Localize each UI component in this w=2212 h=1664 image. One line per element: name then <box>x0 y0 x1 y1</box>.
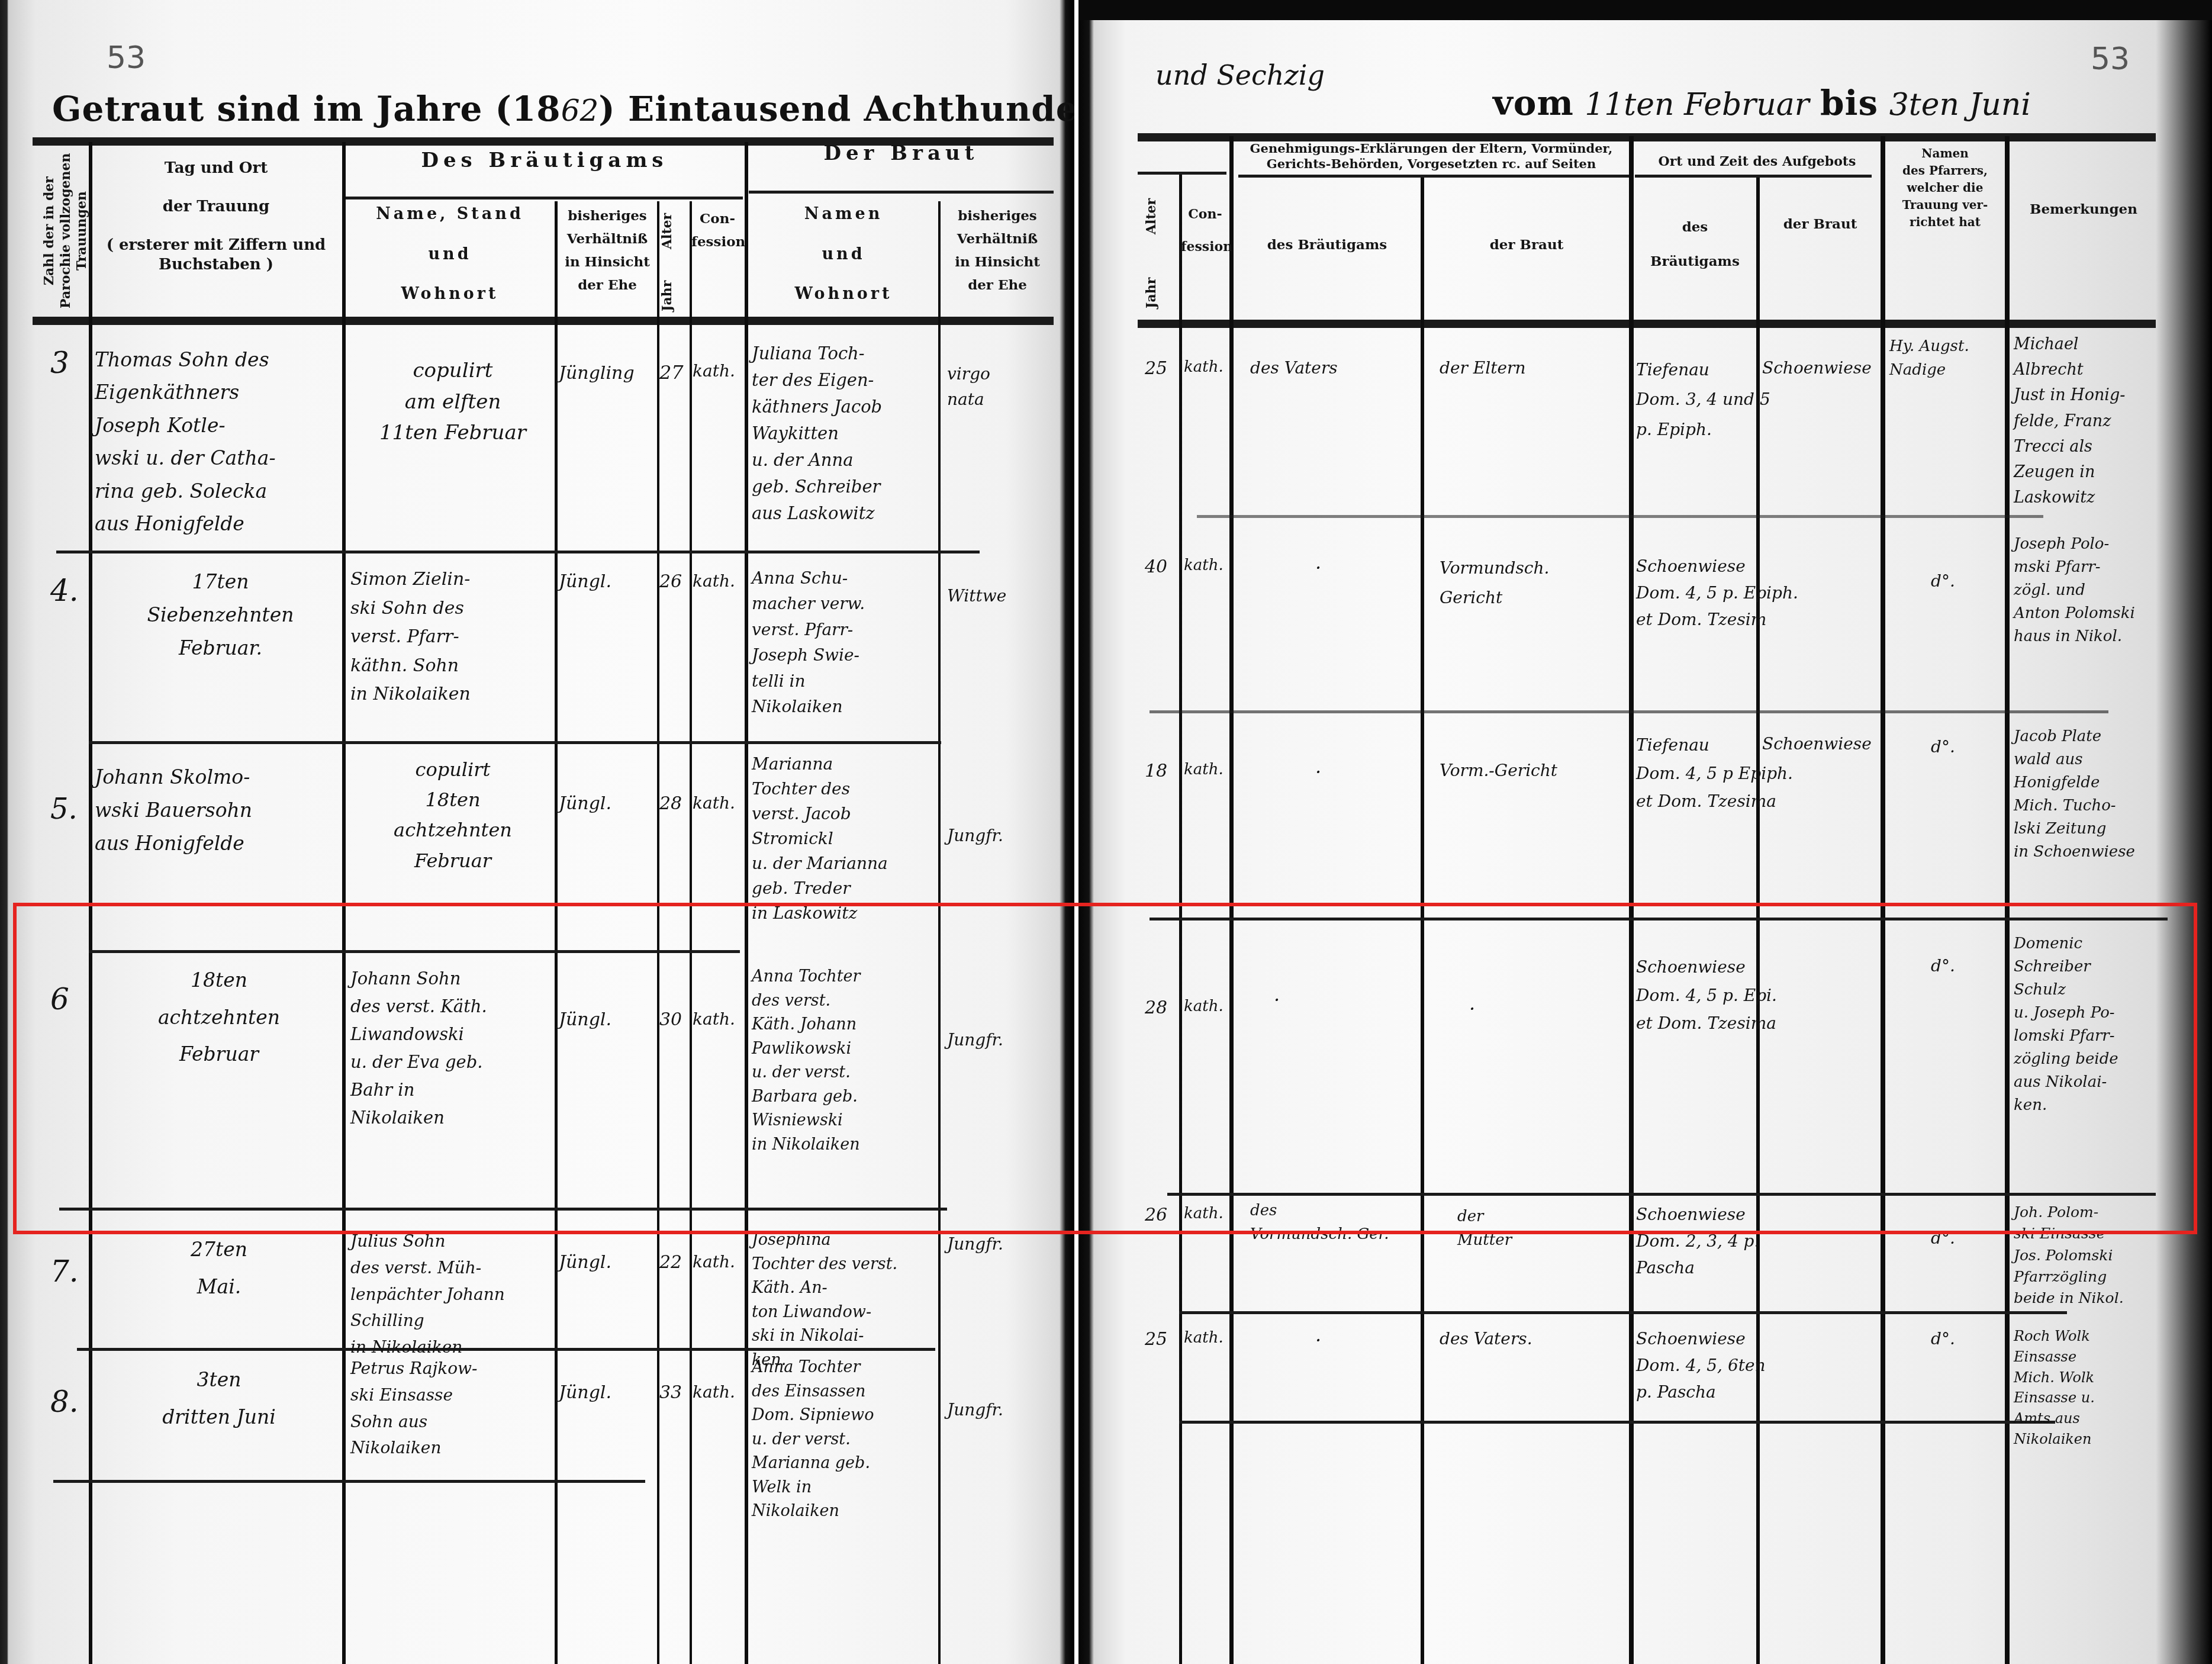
header-group-bride: Der Braut <box>749 141 1054 166</box>
bride-age: 25 <box>1145 355 1167 383</box>
banns-groom: Schoenwiese Dom. 2, 3, 4 p. Pascha <box>1636 1202 1873 1281</box>
date-place: 17ten Siebenzehnten Februar. <box>104 565 337 665</box>
bride-confession: kath. <box>1184 994 1223 1018</box>
bride-confession: kath. <box>1184 1202 1223 1225</box>
left-page-number: 53 <box>107 40 146 76</box>
groom-group-rule <box>343 197 743 199</box>
banns-groom: Schoenwiese Dom. 4, 5, 6ten p. Pascha <box>1636 1326 1873 1405</box>
bride-status: Jungfr. <box>947 1027 1054 1053</box>
groom-confession: kath. <box>693 1006 745 1032</box>
header-groom-confession: Con- fession <box>691 207 743 253</box>
title-from-label: vom <box>1493 83 1574 123</box>
header-small-rule <box>1138 172 1226 175</box>
groom-age: 33 <box>659 1379 689 1407</box>
row-separator <box>1179 1421 2055 1424</box>
row-separator <box>89 950 740 953</box>
bride-status: Wittwe <box>947 583 1054 609</box>
banns-groom: Schoenwiese Dom. 4, 5 p. Epiph. et Dom. … <box>1636 553 1873 633</box>
consent-group-rule <box>1238 175 1629 178</box>
left-register-page: 53 Getraut sind im Jahre (1862) Eintause… <box>0 0 1074 1664</box>
row-separator <box>59 1208 947 1211</box>
remarks: Roch Wolk Einsasse Mich. Wolk Einsasse u… <box>2014 1326 2162 1450</box>
row-separator <box>1150 710 2108 713</box>
bride-confession: kath. <box>1184 1326 1223 1350</box>
header-bottom-rule <box>1138 320 2156 328</box>
officiating-priest: d°. <box>1931 568 1978 594</box>
right-page-title: vom 11ten Februar bis 3ten Juni <box>1493 83 2031 123</box>
col-divider <box>1881 136 1885 1664</box>
title-to-label: bis <box>1820 83 1878 123</box>
header-officiating-priest: Namen des Pfarrers, welcher die Trauung … <box>1885 145 2005 231</box>
bride-name: Anna Tochter des Einsassen Dom. Sipniewo… <box>752 1356 938 1524</box>
bride-status: virgo nata <box>947 361 1054 413</box>
remarks: Jacob Plate wald aus Honigfelde Mich. Tu… <box>2014 725 2162 864</box>
banns-groom: Schoenwiese Dom. 4, 5 p. Epi. et Dom. Tz… <box>1636 953 1873 1038</box>
row-separator <box>1179 1311 2067 1314</box>
marriage-number: 8. <box>50 1379 79 1425</box>
remarks: Joseph Polo- mski Pfarr- zögl. und Anton… <box>2014 533 2162 648</box>
header-consent-group: Genehmigungs-Erklärungen der Eltern, Vor… <box>1234 141 1629 172</box>
col-divider <box>938 201 941 1664</box>
bride-name: Marianna Tochter des verst. Jacob Stromi… <box>752 752 938 926</box>
bride-age: 18 <box>1145 758 1167 786</box>
header-date-place: Tag und Ort der Trauung ( ersterer mit Z… <box>95 159 337 274</box>
col-divider <box>1421 178 1424 1664</box>
bride-confession: kath. <box>1184 355 1223 379</box>
marriage-number: 7. <box>50 1249 79 1295</box>
col-divider <box>745 142 748 1664</box>
right-register-page: 53 und Sechzig vom 11ten Februar bis 3te… <box>1078 0 2212 1664</box>
officiating-priest: d°. <box>1931 1225 1978 1251</box>
bride-name: Juliana Toch- ter des Eigen- käthners Ja… <box>752 340 938 527</box>
col-divider <box>657 201 659 1664</box>
date-place: Johann Skolmo- wski Bauersohn aus Honigf… <box>95 761 340 860</box>
header-bride-age-unit: Jahr <box>1144 272 1173 314</box>
col-divider <box>1629 136 1634 1664</box>
row-separator <box>56 551 980 553</box>
groom-name: Julius Sohn des verst. Müh- lenpächter J… <box>350 1228 552 1361</box>
bride-age: 40 <box>1145 553 1167 581</box>
groom-name: Simon Zielin- ski Sohn des verst. Pfarr-… <box>350 565 552 709</box>
header-banns-group: Ort und Zeit des Aufgebots <box>1634 154 1881 170</box>
remarks: Domenic Schreiber Schulz u. Joseph Po- l… <box>2014 932 2162 1117</box>
banns-group-rule <box>1635 175 1872 178</box>
remarks: Joh. Polom- ski Einsasse Jos. Polomski P… <box>2014 1202 2162 1309</box>
date-place: Thomas Sohn des Eigenkäthners Joseph Kot… <box>95 343 337 540</box>
groom-age: 28 <box>659 790 689 818</box>
bride-name: Anna Schu- macher verw. verst. Pfarr- Jo… <box>752 565 938 719</box>
col-divider <box>555 201 558 1664</box>
remarks: Michael Albrecht Just in Honig- felde, F… <box>2014 331 2162 510</box>
groom-name: Petrus Rajkow- ski Einsasse Sohn aus Nik… <box>350 1356 552 1462</box>
consent-groom: · <box>1274 986 1333 1015</box>
consent-bride: des Vaters. <box>1440 1326 1626 1351</box>
marriage-number: 6 <box>50 977 69 1023</box>
bride-status: Jungfr. <box>947 823 1054 848</box>
bride-name: Anna Tochter des verst. Käth. Johann Paw… <box>752 965 938 1157</box>
groom-status: Jüngl. <box>559 790 656 818</box>
header-groom-status: bisheriges Verhältniß in Hinsicht der Eh… <box>558 204 657 297</box>
consent-bride: der Eltern <box>1440 355 1626 381</box>
header-bride-status: bisheriges Verhältniß in Hinsicht der Eh… <box>941 204 1054 297</box>
date-place: 27ten Mai. <box>112 1231 326 1305</box>
officiating-priest: Hy. Augst. Nadige <box>1889 334 2005 382</box>
groom-age: 26 <box>659 568 689 596</box>
groom-age: 22 <box>659 1249 689 1277</box>
consent-bride: Vorm.-Gericht <box>1440 758 1626 783</box>
consent-bride: · <box>1469 994 1528 1024</box>
consent-groom: · <box>1315 758 1374 787</box>
officiating-priest: d°. <box>1931 734 1978 759</box>
marriage-number: 5. <box>50 787 78 831</box>
groom-age: 30 <box>659 1006 689 1034</box>
header-consent-bride: der Braut <box>1424 237 1629 254</box>
title-year-handwritten: 62 <box>561 94 599 128</box>
consent-bride: der Mutter <box>1457 1205 1605 1253</box>
title-to-date: 3ten Juni <box>1889 87 2031 123</box>
groom-name: Johann Sohn des verst. Käth. Liwandowski… <box>350 965 552 1132</box>
header-banns-bride: der Braut <box>1760 216 1881 233</box>
header-marriage-number: Zahl der in der Parochie vollzogenen Tra… <box>41 148 89 314</box>
bride-name: Josephina Tochter des verst. Käth. An- t… <box>752 1228 938 1372</box>
header-top-rule <box>1138 133 2156 141</box>
row-separator <box>1167 1193 2156 1196</box>
groom-name: copulirt 18ten achtzehnten Februar <box>355 755 550 876</box>
header-bride-name: Namen und Wohnort <box>749 204 938 304</box>
consent-groom: · <box>1315 553 1374 583</box>
date-place: 18ten achtzehnten Februar <box>101 962 337 1073</box>
col-divider <box>1229 136 1234 1664</box>
consent-groom: · <box>1315 1326 1374 1356</box>
header-groom-age: Alter <box>659 207 689 255</box>
consent-bride: Vormundsch. Gericht <box>1440 553 1626 613</box>
bride-group-rule <box>749 191 1054 194</box>
groom-status: Jüngl. <box>559 1379 656 1407</box>
banns-bride: Schoenwiese <box>1762 731 1881 757</box>
consent-groom: des Vaters <box>1250 355 1419 381</box>
officiating-priest: d°. <box>1931 1326 1978 1351</box>
consent-groom: des Vormundsch. Ger. <box>1250 1199 1419 1247</box>
col-divider <box>342 142 346 1664</box>
marriage-number: 3 <box>50 340 69 387</box>
col-divider <box>2005 136 2010 1664</box>
col-divider <box>89 142 92 1664</box>
bride-age: 25 <box>1145 1326 1167 1354</box>
header-banns-groom: des Bräutigams <box>1634 219 1756 270</box>
header-bottom-rule <box>33 317 1054 325</box>
marriage-number: 4. <box>50 568 79 614</box>
row-separator <box>89 741 941 744</box>
bride-confession: kath. <box>1184 758 1223 781</box>
row-separator <box>53 1480 645 1483</box>
banns-bride: Schoenwiese <box>1762 355 1881 381</box>
bride-status: Jungfr. <box>947 1397 1054 1422</box>
groom-age: 27 <box>659 358 689 388</box>
header-bride-confession: Con- fession <box>1181 198 1229 263</box>
groom-confession: kath. <box>693 790 745 816</box>
date-place: 3ten dritten Juni <box>107 1362 331 1436</box>
groom-confession: kath. <box>693 568 745 594</box>
header-groom-age-unit: Jahr <box>659 278 689 314</box>
header-groom-name: Name, Stand und Wohnort <box>346 204 553 304</box>
row-separator <box>1150 918 2168 920</box>
title-printed-part-1: Getraut sind im Jahre (18 <box>52 89 561 129</box>
header-consent-groom: des Bräutigams <box>1234 237 1421 254</box>
header-remarks: Bemerkungen <box>2010 201 2158 218</box>
groom-status: Jüngling <box>559 360 656 388</box>
bride-age: 28 <box>1145 994 1167 1022</box>
groom-status: Jüngl. <box>559 1249 656 1277</box>
row-separator <box>1197 515 2043 518</box>
groom-name: copulirt am elften 11ten Februar <box>355 355 550 449</box>
bride-status: Jungfr. <box>947 1231 1054 1257</box>
header-group-groom: Des Bräutigams <box>346 148 743 173</box>
header-bride-age: Alter <box>1144 184 1173 249</box>
groom-status: Jüngl. <box>559 1006 656 1034</box>
groom-confession: kath. <box>693 1379 745 1405</box>
title-from-date: 11ten Februar <box>1585 87 1809 123</box>
bride-confession: kath. <box>1184 553 1223 577</box>
officiating-priest: d°. <box>1931 953 1978 979</box>
title-handwritten-continuation: und Sechzig <box>1155 59 1325 91</box>
groom-status: Jüngl. <box>559 568 656 596</box>
groom-confession: kath. <box>693 1249 745 1274</box>
right-page-number: 53 <box>2091 41 2130 77</box>
left-page-title: Getraut sind im Jahre (1862) Eintausend … <box>52 89 1074 129</box>
bride-age: 26 <box>1145 1202 1167 1230</box>
col-divider <box>690 201 692 1664</box>
title-printed-part-2: ) Eintausend Achthundert <box>598 89 1074 129</box>
groom-confession: kath. <box>693 358 745 384</box>
